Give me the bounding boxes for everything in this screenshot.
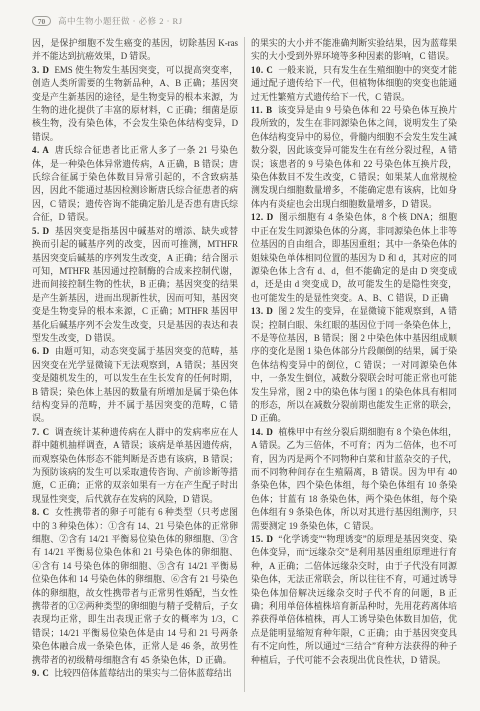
answer-continuation: 的果实的大小并不能准确判断实验结果，因为蓝莓果实的大小受到外界环境等多种因素的影… [251, 37, 457, 64]
answer-item-14: 14. D植株甲中有丝分裂后期细胞有 8 个染色体组，A 错误。乙为三倍体，不可… [251, 426, 457, 533]
answer-item-text: 图示细胞有 4 条染色体，8 个核 DNA；细胞中正在发生同源染色体的分离，非同… [251, 212, 457, 302]
answer-item-label: 6. D [32, 346, 50, 356]
answer-item-6: 6. D由题可知，动态突变属于基因突变的范畴，基因突变在光学显微镜下无法观察到，… [32, 345, 238, 425]
answer-item-label: 14. D [251, 427, 273, 437]
answer-item-text: 一般来说，只有发生在生殖细胞中的突变才能通过配子遗传给下一代，但植物体细胞的突变… [251, 65, 457, 102]
answer-item-text: 比较四倍体蓝莓结出的果实与二倍体蓝莓结出 [54, 668, 232, 678]
answer-item-label: 12. D [251, 212, 274, 222]
answer-item-text: 图 2 发生的变异，在显微镜下能观察到，A 错误；控制白眼、朱红眼的基因位于同一… [251, 306, 457, 423]
answer-item-text: EMS 使生物发生基因突变，可以提高突变率，创造人类所需要的生物新品种，A、B … [32, 65, 238, 142]
answer-item-label: 5. D [32, 226, 50, 236]
answer-item-13: 13. D图 2 发生的变异，在显微镜下能观察到，A 错误；控制白眼、朱红眼的基… [251, 305, 457, 426]
answer-item-10: 10. C一般来说，只有发生在生殖细胞中的突变才能通过配子遗传给下一代，但植物体… [251, 64, 457, 104]
answer-item-text: “化学诱变”“物理诱变”的原理是基因突变、染色体变异，而“远缘杂交”是利用基因重… [251, 534, 457, 665]
answer-item-12: 12. D图示细胞有 4 条染色体，8 个核 DNA；细胞中正在发生同源染色体的… [251, 211, 457, 305]
answer-item-9: 9. C比较四倍体蓝莓结出的果实与二倍体蓝莓结出 [32, 667, 238, 680]
answer-item-text: 唐氏综合征患者比正常人多了一条 21 号染色体，是一种染色体异常遗传病，A 正确… [32, 145, 238, 222]
answer-item-15: 15. D“化学诱变”“物理诱变”的原理是基因突变、染色体变异，而“远缘杂交”是… [251, 533, 457, 667]
page-header-title: 高中生物小题狂做 · 必修 2 · RJ [58, 15, 183, 27]
answer-item-4: 4. A唐氏综合征患者比正常人多了一条 21 号染色体，是一种染色体异常遗传病，… [32, 144, 238, 224]
left-column: 因，是保护细胞不发生癌变的基因，切除基因 K-ras 并不能达到抗癌效果，D 错… [32, 37, 244, 692]
answer-text: 的果实的大小并不能准确判断实验结果，因为蓝莓果实的大小受到外界环境等多种因素的影… [251, 38, 457, 61]
answer-item-7: 7. C调查统计某种遗传病在人群中的发病率应在人群中随机抽样调查，A 错误；该病… [32, 426, 238, 506]
answer-item-text: 该变异是由 9 号染色体和 22 号染色体互换片段所致的，发生在非同源染色体之间… [251, 105, 457, 209]
answer-item-label: 7. C [32, 427, 50, 437]
answer-item-text: 由题可知，动态突变属于基因突变的范畴，基因突变在光学显微镜下无法观察到，A 错误… [32, 346, 238, 423]
answer-item-5: 5. D基因突变是指基因中碱基对的增添、缺失或替换而引起的碱基序列的改变，因而可… [32, 225, 238, 346]
answer-columns: 因，是保护细胞不发生癌变的基因，切除基因 K-ras 并不能达到抗癌效果，D 错… [32, 37, 457, 692]
answer-item-label: 8. C [32, 507, 50, 517]
answer-item-label: 13. D [251, 306, 273, 316]
answer-item-label: 15. D [251, 534, 273, 544]
answer-item-label: 9. C [32, 668, 49, 678]
answer-item-text: 基因突变是指基因中碱基对的增添、缺失或替换而引起的碱基序列的改变，因而可推测，M… [32, 226, 238, 343]
answer-item-3: 3. DEMS 使生物发生基因突变，可以提高突变率，创造人类所需要的生物新品种，… [32, 64, 238, 144]
page-number-badge: 70 [32, 16, 51, 26]
answer-item-text: 植株甲中有丝分裂后期细胞有 8 个染色体组，A 错误。乙为三倍体，不可育；丙为二… [251, 427, 457, 531]
right-column: 的果实的大小并不能准确判断实验结果，因为蓝莓果实的大小受到外界环境等多种因素的影… [244, 37, 457, 692]
answer-item-8: 8. C女性携带者的卵子可能有 6 种类型（只考虑图中的 3 种染色体）：①含有… [32, 506, 238, 667]
answer-item-label: 10. C [251, 65, 273, 75]
answer-item-text: 女性携带者的卵子可能有 6 种类型（只考虑图中的 3 种染色体）：①含有 14、… [32, 507, 238, 664]
answer-item-label: 4. A [32, 145, 49, 155]
page-header: 70 高中生物小题狂做 · 必修 2 · RJ [32, 14, 457, 28]
answer-continuation: 因，是保护细胞不发生癌变的基因，切除基因 K-ras 并不能达到抗癌效果，D 错… [32, 37, 238, 64]
answer-text: 因，是保护细胞不发生癌变的基因，切除基因 K-ras 并不能达到抗癌效果，D 错… [32, 38, 238, 61]
book-page: 70 高中生物小题狂做 · 必修 2 · RJ 因，是保护细胞不发生癌变的基因，… [0, 0, 480, 711]
answer-item-text: 调查统计某种遗传病在人群中的发病率应在人群中随机抽样调查，A 错误；该病是单基因… [32, 427, 238, 504]
answer-item-11: 11. B该变异是由 9 号染色体和 22 号染色体互换片段所致的，发生在非同源… [251, 104, 457, 211]
answer-item-label: 3. D [32, 65, 49, 75]
answer-item-label: 11. B [251, 105, 273, 115]
